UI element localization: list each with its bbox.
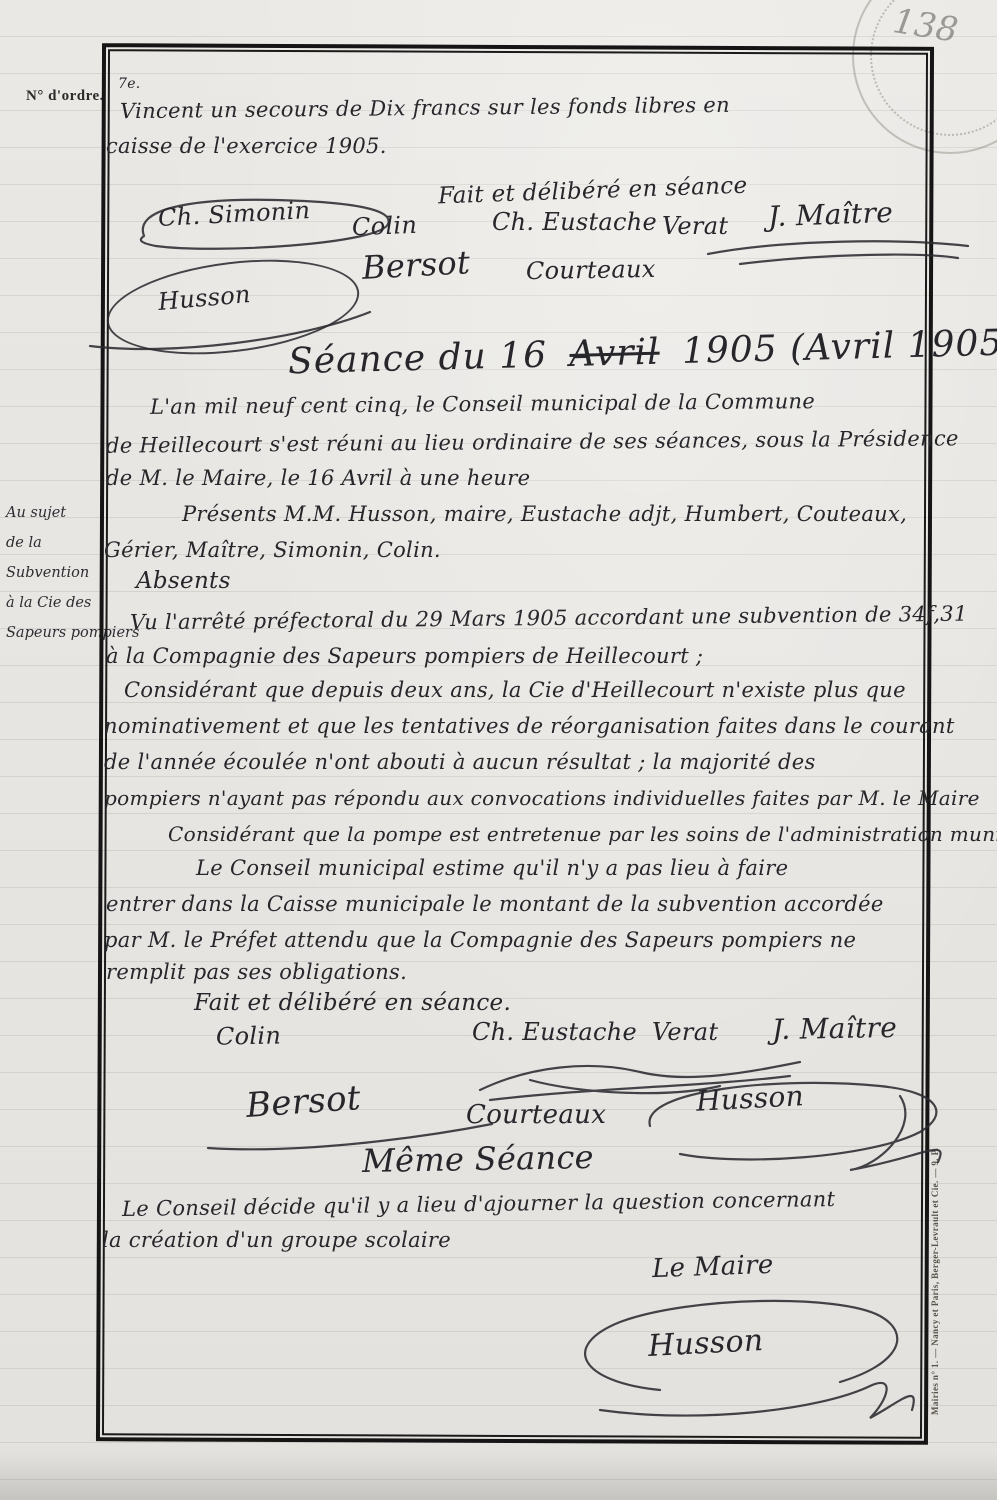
signature-verat: Verat (652, 1018, 718, 1046)
signature-husson: Husson (647, 1323, 764, 1364)
le-maire-label: Le Maire (652, 1250, 775, 1284)
second-session-line: la création d'un groupe scolaire (102, 1228, 451, 1252)
decision-line: entrer dans la Caisse municipale le mont… (106, 892, 884, 916)
signature-colin: Colin (352, 211, 418, 241)
session-title-suffix: 1905 (Avril 1905 (681, 323, 997, 372)
decision-line: par M. le Préfet attendu que la Compagni… (104, 928, 856, 952)
signature-flourish (700, 232, 980, 272)
signature-courteaux: Courteaux (526, 255, 656, 285)
considerant-line: pompiers n'ayant pas répondu aux convoca… (104, 786, 980, 810)
vu-line: à la Compagnie des Sapeurs pompiers de H… (106, 644, 703, 668)
signature-flourish (540, 1290, 960, 1440)
considerant-line: Considérant que depuis deux ans, la Cie … (124, 678, 906, 702)
decision-line: Le Conseil municipal estime qu'il n'y a … (196, 856, 788, 880)
absents-line: Absents (136, 568, 231, 594)
session-title-prefix: Séance du 16 (288, 335, 548, 383)
signature-maitre: J. Maître (767, 196, 893, 233)
margin-note-line: Au sujet (6, 498, 102, 528)
signature-courteaux: Courteaux (466, 1100, 606, 1130)
paraph-mark: 7e. (118, 76, 141, 92)
margin-note-line: à la Cie des (6, 588, 102, 618)
presents-line: Présents M.M. Husson, maire, Eustache ad… (182, 502, 907, 526)
considerant-line: nominativement et que les tentatives de … (104, 714, 955, 738)
signature-eustache: Ch. Eustache (492, 208, 657, 236)
scanned-register-page: N° d'ordre. Au sujet de la Subvention à … (0, 0, 997, 1500)
signature-eustache: Ch. Eustache (472, 1018, 637, 1046)
opening-line: de M. le Maire, le 16 Avril à une heure (106, 466, 530, 490)
signature-bersot: Bersot (361, 243, 471, 287)
prev-deliberation-line: caisse de l'exercice 1905. (106, 134, 387, 158)
considerant-line: de l'année écoulée n'ont abouti à aucun … (104, 750, 816, 774)
signature-flourish (620, 1066, 950, 1176)
considerant-line: Considérant que la pompe est entretenue … (168, 822, 997, 846)
margin-note: Au sujet de la Subvention à la Cie des S… (6, 498, 102, 648)
decision-line: remplit pas ses obligations. (106, 960, 407, 984)
session-title-struck-word: Avril (569, 332, 660, 375)
margin-note-line: de la (6, 528, 102, 558)
order-number-label: N° d'ordre. (26, 88, 104, 105)
signature-colin: Colin (216, 1021, 282, 1050)
margin-note-line: Subvention (6, 558, 102, 588)
margin-note-line: Sapeurs pompiers (6, 618, 102, 648)
second-session-title: Même Séance (362, 1138, 595, 1180)
signature-maitre: J. Maître (772, 1011, 898, 1046)
presents-line: Gérier, Maître, Simonin, Colin. (104, 538, 441, 562)
closing-formula: Fait et délibéré en séance. (194, 990, 511, 1016)
